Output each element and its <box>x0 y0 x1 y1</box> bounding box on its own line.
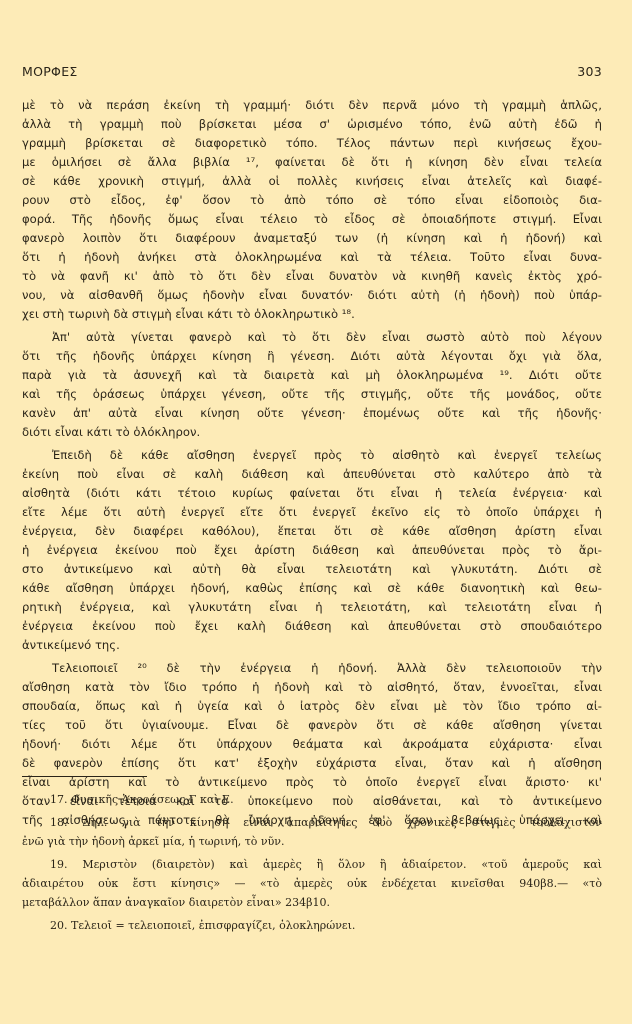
body-text: μὲ τὸ νὰ περάση ἐκείνη τὴ γραμμή· διότι … <box>22 96 602 834</box>
book-page: ΜΟΡΦΕΣ 303 μὲ τὸ νὰ περάση ἐκείνη τὴ γρα… <box>0 0 632 1024</box>
text-line: ἡδονή· διότι λέμε ὅτι ὑπάρχουν θεάματα κ… <box>22 735 602 754</box>
text-line: νου, νὰ αἰσθανθῆ ὅμως ἡδονὴν εἶναι δυνατ… <box>22 286 602 305</box>
text-line: μὲ τὸ νὰ περάση ἐκείνη τὴ γραμμή· διότι … <box>22 96 602 115</box>
text-line: φανερὸ λοιπὸν ὅτι διαφέρουν ἀναμεταξύ τω… <box>22 229 602 248</box>
text-line: τὸ νὰ φανῆ κι' ἀπὸ τὸ ὅτι δὲν εἶναι δυνα… <box>22 267 602 286</box>
paragraph: μὲ τὸ νὰ περάση ἐκείνη τὴ γραμμή· διότι … <box>22 96 602 324</box>
text-line: γραμμὴ βρίσκεται σὲ διαφορετικὸ τόπο. Τέ… <box>22 134 602 153</box>
text-line: ἐνέργεια ἐκείνου ποὺ ἔχει καλὴ διάθεση κ… <box>22 617 602 636</box>
text-line: παρὰ γιὰ τὰ ἀσυνεχῆ καὶ τὰ διαιρετὰ καὶ … <box>22 366 602 385</box>
text-line: διότι εἶναι κάτι τὸ ὁλόκληρον. <box>22 423 602 442</box>
footnote-line: 17. Φυσικῆς Ἀκροάσεως Γ καὶ Ε. <box>22 790 602 809</box>
text-line: κάθε αἴσθηση ὑπάρχει ἡδονή, καθὼς ἐπίσης… <box>22 579 602 598</box>
text-line: ρουν στὸ εἶδος, ἐφ' ὅσον τὸ ἀπὸ τόπο σὲ … <box>22 191 602 210</box>
footnote-18: 18. Δηλ. γιὰ τὴν κίνηση εἶναι ἀπαραίτητε… <box>22 813 602 851</box>
text-line: φορά. Τῆς ἡδονῆς ὅμως εἶναι τέλειο τὸ εἶ… <box>22 210 602 229</box>
footnote-separator <box>22 776 147 777</box>
text-line: αἰσθητὰ (διότι κάτι τέτοιο κυρίως φαίνετ… <box>22 484 602 503</box>
text-line: ἀλλὰ τὴ γραμμὴ ποὺ βρίσκεται μέσα σ' ὡρι… <box>22 115 602 134</box>
text-line: ὅτι ἡ ἡδονὴ ἀνήκει στὰ ὁλοκληρωμένα καὶ … <box>22 248 602 267</box>
text-line: εἴτε λέμε ὅτι αὐτὴ ἐνεργεῖ εἴτε ὅτι ἐνερ… <box>22 503 602 522</box>
text-line: με ὁμιλήσει σὲ ἄλλα βιβλία ¹⁷, φαίνεται … <box>22 153 602 172</box>
text-line: ὅτι τῆς ἡδονῆς ὑπάρχει κίνηση ἢ γένεση. … <box>22 347 602 366</box>
footnotes: 17. Φυσικῆς Ἀκροάσεως Γ καὶ Ε. 18. Δηλ. … <box>22 790 602 939</box>
text-line: Ἀπ' αὐτὰ γίνεται φανερὸ καὶ τὸ ὅτι δὲν ε… <box>22 328 602 347</box>
text-line: τίες τοῦ ὅτι ὑγιαίνουμε. Εἶναι δὲ φανερὸ… <box>22 716 602 735</box>
footnote-line: 19. Μεριστὸν (διαιρετὸν) καὶ ἀμερὲς ἢ ὅλ… <box>22 855 602 874</box>
paragraph: Ἀπ' αὐτὰ γίνεται φανερὸ καὶ τὸ ὅτι δὲν ε… <box>22 328 602 442</box>
text-line: σὲ κάθε χρονικὴ στιγμή, ἀλλὰ οἱ πολλὲς κ… <box>22 172 602 191</box>
text-line: Ἐπειδὴ δὲ κάθε αἴσθηση ἐνεργεῖ πρὸς τὸ α… <box>22 446 602 465</box>
text-line: ἡ ἐνέργεια ἐκείνου ποὺ ἔχει ἀρίστη διάθε… <box>22 541 602 560</box>
text-line: καὶ τῆς ὁράσεως ὑπάρχει γένεση, οὔτε τῆς… <box>22 385 602 404</box>
page-number: 303 <box>577 64 602 79</box>
footnote-line: 20. Τελειοῖ = τελειοποιεῖ, ἐπισφραγίζει,… <box>22 916 602 935</box>
paragraph: Ἐπειδὴ δὲ κάθε αἴσθηση ἐνεργεῖ πρὸς τὸ α… <box>22 446 602 655</box>
footnote-line: ἀδιαιρέτου οὐκ ἔστι κίνησις» — «τὸ ἀμερὲ… <box>22 874 602 893</box>
footnote-line: 18. Δηλ. γιὰ τὴν κίνηση εἶναι ἀπαραίτητε… <box>22 813 602 832</box>
footnote-line: ἐνῶ γιὰ τὴν ἡδονὴ ἀρκεῖ μία, ἡ τωρινή, τ… <box>22 832 602 851</box>
text-line: δὲ φανερὸν ἐπίσης ὅτι κατ' ἐξοχὴν εὐχάρι… <box>22 754 602 773</box>
text-line: ρητικὴ ἐνέργεια, καὶ γλυκυτάτη εἶναι ἡ τ… <box>22 598 602 617</box>
text-line: ἐκείνη ποὺ εἶναι σὲ καλὴ διάθεση καὶ ἀπε… <box>22 465 602 484</box>
footnote-17: 17. Φυσικῆς Ἀκροάσεως Γ καὶ Ε. <box>22 790 602 809</box>
text-line: χει στὴ τωρινὴ δὰ στιγμὴ εἶναι κάτι τὸ ὁ… <box>22 305 602 324</box>
text-line: ἀντικείμενό της. <box>22 636 602 655</box>
text-line: αἴσθηση κατὰ τὸν ἴδιο τρόπο ἡ ἡδονὴ καὶ … <box>22 678 602 697</box>
running-head: ΜΟΡΦΕΣ 303 <box>22 64 602 79</box>
text-line: στο ἀντικείμενο καὶ αὐτὴ θὰ εἶναι τελειο… <box>22 560 602 579</box>
text-line: κανὲν ἀπ' αὐτὰ εἶναι κίνηση οὔτε γένεση·… <box>22 404 602 423</box>
text-line: ἐνέργεια, δὲν διαφέρει καθόλου), ἕπεται … <box>22 522 602 541</box>
footnote-20: 20. Τελειοῖ = τελειοποιεῖ, ἐπισφραγίζει,… <box>22 916 602 935</box>
footnote-line: μεταβάλλον ἅπαν ἀναγκαῖον διαιρετὸν εἶνα… <box>22 893 602 912</box>
footnote-19: 19. Μεριστὸν (διαιρετὸν) καὶ ἀμερὲς ἢ ὅλ… <box>22 855 602 912</box>
running-title: ΜΟΡΦΕΣ <box>22 64 78 79</box>
text-line: σπουδαία, ὅπως καὶ ἡ ὑγεία καὶ ὁ ἰατρὸς … <box>22 697 602 716</box>
text-line: Τελειοποιεῖ ²⁰ δὲ τὴν ἐνέργεια ἡ ἡδονή. … <box>22 659 602 678</box>
